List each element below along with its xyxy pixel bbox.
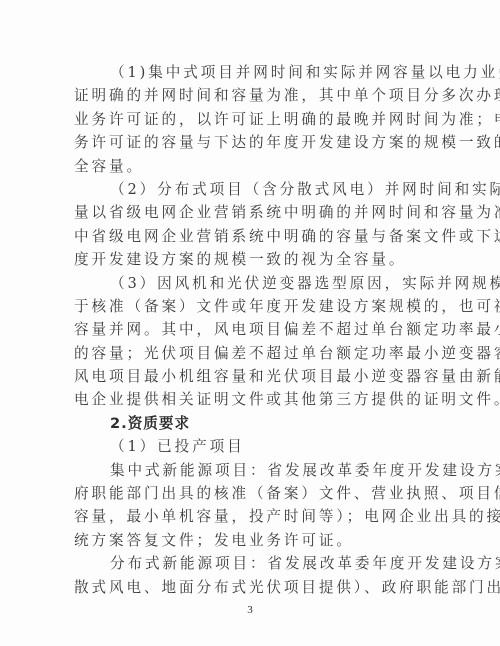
text-line: （3）因风机和光伏逆变器选型原因，实际并网规模略小: [74, 272, 426, 295]
text-line: 度开发建设方案的规模一致的视为全容量。: [74, 248, 426, 271]
text-line: 中省级电网企业营销系统中明确的容量与备案文件或下达的年: [74, 225, 426, 248]
section-heading: 2.资质要求: [74, 412, 426, 435]
page-number: 3: [244, 604, 256, 616]
text-line: 的容量；光伏项目偏差不超过单台额定功率最小逆变器容量。: [74, 342, 426, 365]
text-line: 府职能部门出具的核准（备案）文件、营业执照、项目信息（总: [74, 482, 426, 505]
text-line: （1)集中式项目并网时间和实际并网容量以电力业务许可: [74, 61, 426, 84]
text-line: 散式风电、地面分布式光伏项目提供）、政府职能部门出具的: [74, 576, 426, 599]
text-line: 风电项目最小机组容量和光伏项目最小逆变器容量由新能源发: [74, 365, 426, 388]
document-page: （1)集中式项目并网时间和实际并网容量以电力业务许可 证明确的并网时间和容量为准…: [0, 0, 500, 646]
text-line: 统方案答复文件；发电业务许可证。: [74, 529, 426, 552]
text-line: 业务许可证的，以许可证上明确的最晚并网时间为准；电力业: [74, 108, 426, 131]
text-line: 电企业提供相关证明文件或其他第三方提供的证明文件。: [74, 388, 426, 411]
text-line: 于核准（备案）文件或年度开发建设方案规模的，也可视为全: [74, 295, 426, 318]
text-line: 证明确的并网时间和容量为准，其中单个项目分多次办理电力: [74, 84, 426, 107]
text-line: 集中式新能源项目：省发展改革委年度开发建设方案、政: [74, 459, 426, 482]
text-line: 务许可证的容量与下达的年度开发建设方案的规模一致的视为: [74, 131, 426, 154]
text-line: （2）分布式项目（含分散式风电）并网时间和实际并网容: [74, 178, 426, 201]
subsection-heading: （1）已投产项目: [74, 435, 426, 458]
document-body: （1)集中式项目并网时间和实际并网容量以电力业务许可 证明确的并网时间和容量为准…: [74, 61, 426, 599]
text-line: 容量并网。其中，风电项目偏差不超过单台额定功率最小机组: [74, 318, 426, 341]
text-line: 全容量。: [74, 155, 426, 178]
text-line: 量以省级电网企业营销系统中明确的并网时间和容量为准，其: [74, 201, 426, 224]
text-line: 分布式新能源项目：省发展改革委年度开发建设方案（分: [74, 552, 426, 575]
text-line: 容量，最小单机容量，投产时间等）；电网企业出具的接入系: [74, 505, 426, 528]
